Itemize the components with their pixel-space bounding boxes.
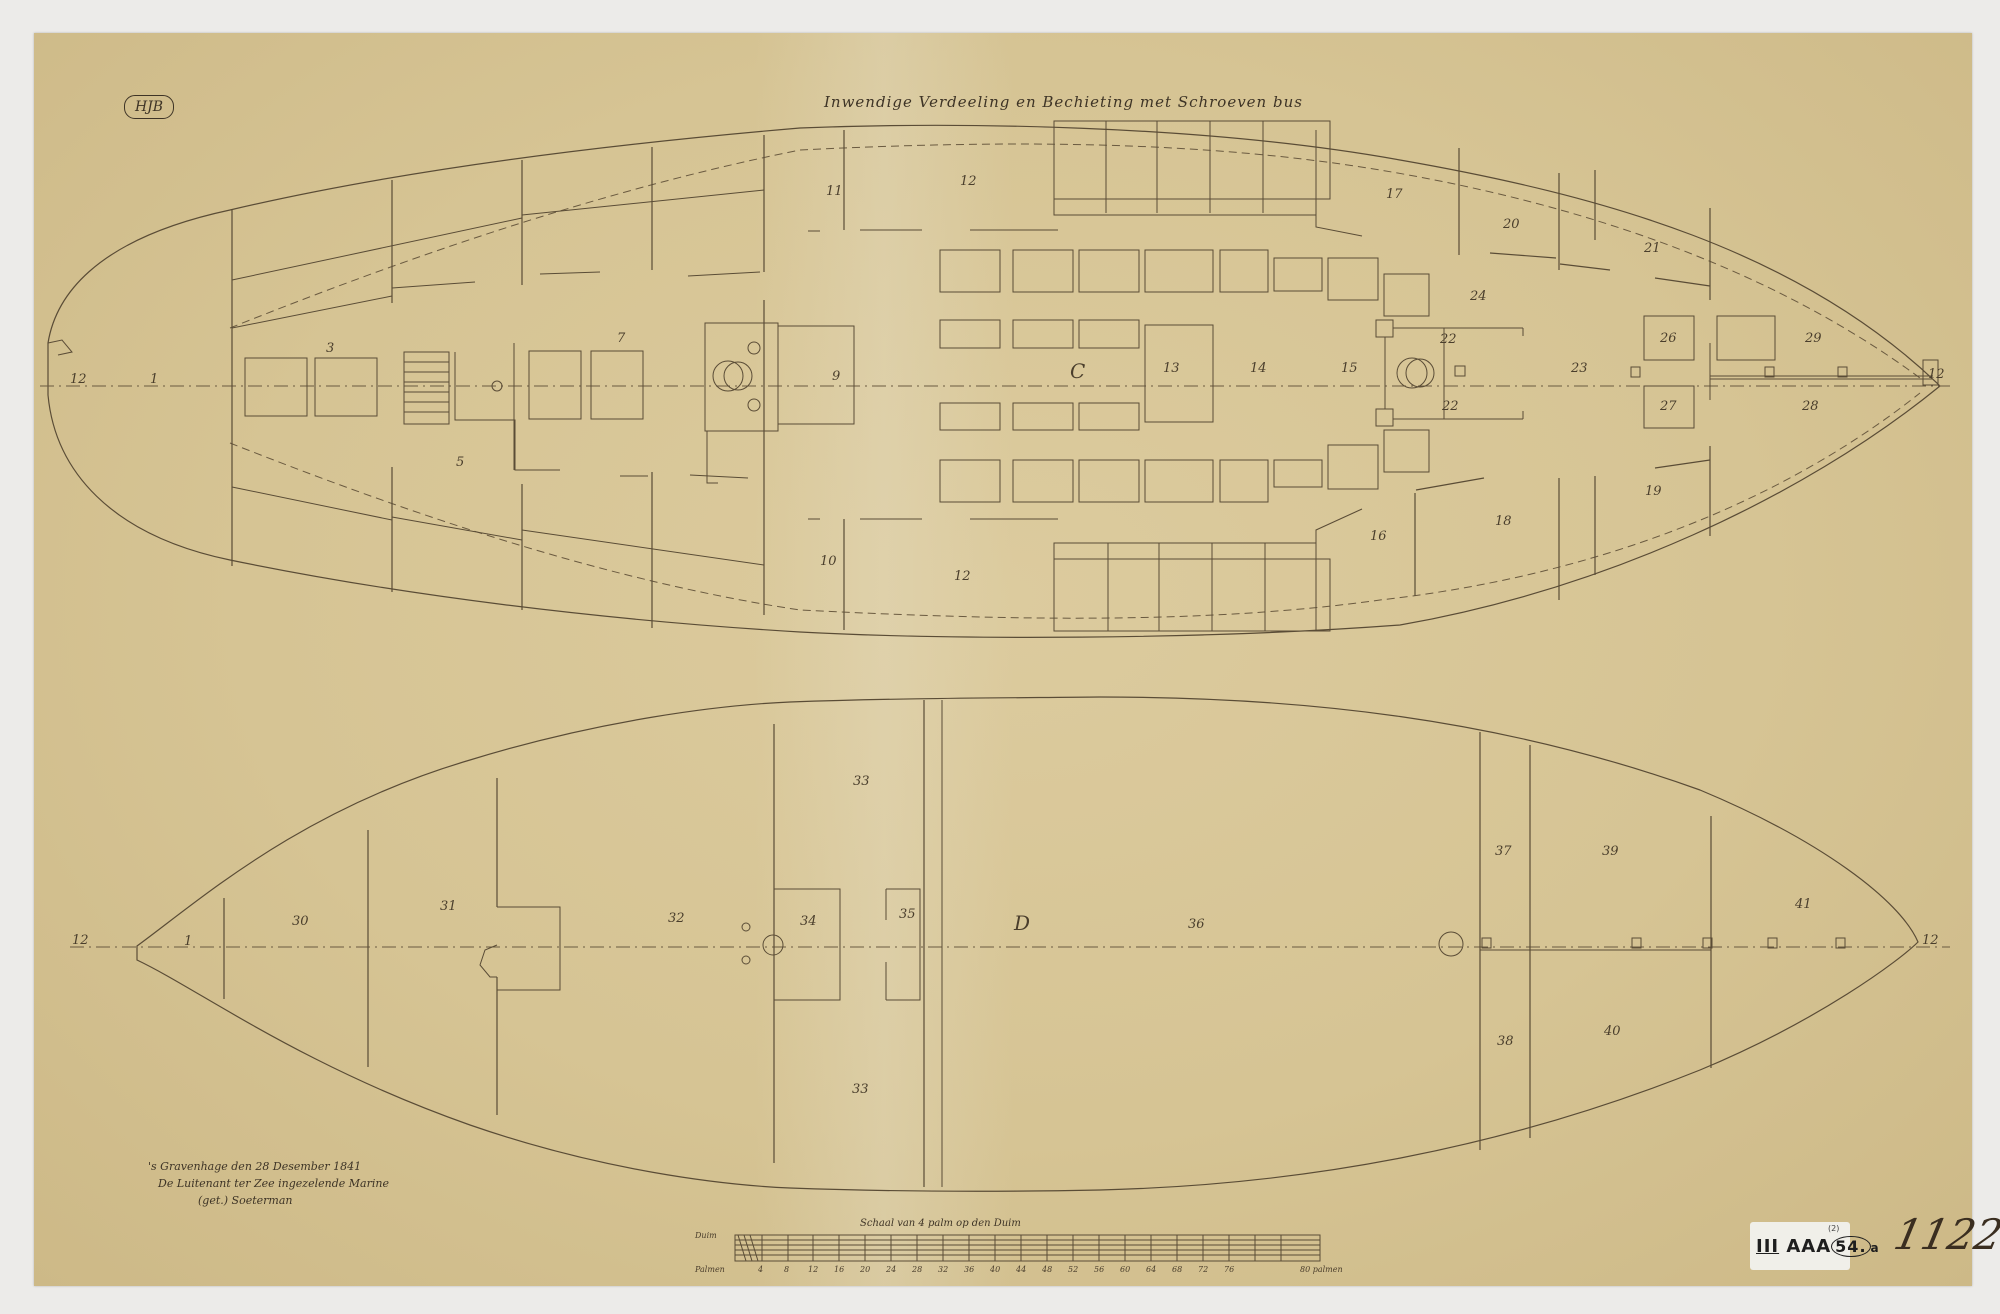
svg-text:56: 56 bbox=[1094, 1265, 1104, 1274]
svg-text:31: 31 bbox=[440, 899, 457, 914]
svg-text:Palmen: Palmen bbox=[694, 1265, 725, 1274]
svg-text:24: 24 bbox=[1469, 289, 1487, 304]
svg-text:21: 21 bbox=[1643, 241, 1661, 256]
signature-block: 's Gravenhage den 28 Desember 1841 De Lu… bbox=[148, 1158, 389, 1209]
svg-text:20: 20 bbox=[859, 1265, 870, 1274]
archive-number: 1122 bbox=[1890, 1210, 2000, 1259]
lower-hull-outline bbox=[137, 697, 1918, 1191]
svg-text:36: 36 bbox=[1188, 917, 1205, 932]
svg-text:1: 1 bbox=[184, 934, 192, 949]
svg-text:68: 68 bbox=[1172, 1265, 1182, 1274]
svg-text:29: 29 bbox=[1804, 331, 1822, 346]
deck-letter-d: D bbox=[1013, 911, 1030, 935]
svg-text:34: 34 bbox=[800, 914, 817, 929]
deck-letter-c: C bbox=[1070, 359, 1085, 383]
svg-text:38: 38 bbox=[1497, 1034, 1514, 1049]
svg-text:36: 36 bbox=[964, 1265, 974, 1274]
svg-text:22: 22 bbox=[1441, 399, 1459, 414]
svg-text:19: 19 bbox=[1645, 484, 1662, 499]
svg-text:12: 12 bbox=[72, 933, 89, 948]
centerline-mark: 12 bbox=[70, 372, 87, 387]
svg-text:60: 60 bbox=[1120, 1265, 1130, 1274]
svg-text:15: 15 bbox=[1341, 361, 1358, 376]
svg-text:28: 28 bbox=[1801, 399, 1819, 414]
catalog-series: AAA bbox=[1786, 1236, 1831, 1257]
svg-text:13: 13 bbox=[1163, 361, 1180, 376]
svg-text:16: 16 bbox=[834, 1265, 844, 1274]
svg-text:22: 22 bbox=[1439, 332, 1457, 347]
svg-text:64: 64 bbox=[1146, 1265, 1156, 1274]
svg-text:12: 12 bbox=[960, 174, 977, 189]
svg-text:12: 12 bbox=[954, 569, 971, 584]
svg-text:20: 20 bbox=[1502, 217, 1520, 232]
svg-text:41: 41 bbox=[1794, 897, 1812, 912]
svg-text:12: 12 bbox=[808, 1265, 818, 1274]
svg-text:33: 33 bbox=[853, 774, 870, 789]
svg-text:35: 35 bbox=[899, 907, 916, 922]
upper-deck-plan: 12 1 3 5 7 9 10 11 12 12 C 13 14 15 16 1… bbox=[40, 121, 1950, 637]
catalog-number: III AAA54.a bbox=[1756, 1236, 1880, 1257]
svg-text:48: 48 bbox=[1041, 1265, 1052, 1274]
svg-text:18: 18 bbox=[1495, 514, 1512, 529]
svg-text:4: 4 bbox=[757, 1265, 763, 1274]
svg-text:26: 26 bbox=[1659, 331, 1677, 346]
svg-text:23: 23 bbox=[1570, 361, 1588, 376]
svg-text:39: 39 bbox=[1602, 844, 1619, 859]
upper-compartment-labels: 12 1 3 5 7 9 10 11 12 12 C 13 14 15 16 1… bbox=[70, 174, 1945, 584]
lower-hold-plan: 12 1 30 31 32 33 33 34 35 D 36 37 38 39 … bbox=[70, 697, 1950, 1191]
svg-text:30: 30 bbox=[292, 914, 309, 929]
scale-title: Schaal van 4 palm op den Duim bbox=[860, 1218, 1021, 1229]
svg-text:44: 44 bbox=[1015, 1265, 1026, 1274]
catalog-small-note: (2) bbox=[1828, 1224, 1839, 1233]
signature-line: De Luitenant ter Zee ingezelende Marine bbox=[148, 1175, 389, 1192]
upper-hull-outline bbox=[48, 125, 1940, 637]
lower-compartment-labels: 12 1 30 31 32 33 33 34 35 D 36 37 38 39 … bbox=[72, 774, 1939, 1097]
svg-text:10: 10 bbox=[820, 554, 837, 569]
svg-text:16: 16 bbox=[1370, 529, 1387, 544]
svg-text:76: 76 bbox=[1224, 1265, 1234, 1274]
svg-text:12: 12 bbox=[1922, 933, 1939, 948]
svg-text:32: 32 bbox=[668, 911, 685, 926]
catalog-prefix: III bbox=[1756, 1236, 1779, 1257]
berth-grid bbox=[940, 250, 1429, 502]
svg-text:12: 12 bbox=[1928, 367, 1945, 382]
svg-text:Duim: Duim bbox=[694, 1231, 717, 1240]
catalog-circled-number: 54. bbox=[1831, 1236, 1870, 1257]
catalog-suffix: a bbox=[1871, 1241, 1880, 1255]
svg-text:52: 52 bbox=[1068, 1265, 1078, 1274]
svg-text:80 palmen: 80 palmen bbox=[1300, 1265, 1343, 1274]
signature-line: 's Gravenhage den 28 Desember 1841 bbox=[148, 1158, 389, 1175]
svg-text:9: 9 bbox=[832, 369, 840, 384]
scale-bar: Duim Palmen 4 8 12 16 20 24 28 32 36 40 … bbox=[694, 1231, 1343, 1274]
svg-text:28: 28 bbox=[911, 1265, 922, 1274]
svg-text:32: 32 bbox=[938, 1265, 948, 1274]
svg-text:3: 3 bbox=[326, 341, 334, 356]
signature-line: (get.) Soeterman bbox=[148, 1192, 389, 1209]
svg-text:17: 17 bbox=[1386, 187, 1403, 202]
upper-inner-dashed-bottom bbox=[230, 393, 1920, 618]
svg-text:5: 5 bbox=[456, 455, 464, 470]
svg-text:33: 33 bbox=[852, 1082, 869, 1097]
svg-text:1: 1 bbox=[150, 372, 158, 387]
svg-text:8: 8 bbox=[784, 1265, 789, 1274]
svg-text:14: 14 bbox=[1250, 361, 1267, 376]
ship-plans-drawing: 12 1 3 5 7 9 10 11 12 12 C 13 14 15 16 1… bbox=[0, 0, 2000, 1314]
svg-text:24: 24 bbox=[885, 1265, 896, 1274]
svg-text:7: 7 bbox=[617, 331, 626, 346]
svg-text:72: 72 bbox=[1198, 1265, 1208, 1274]
svg-text:27: 27 bbox=[1659, 399, 1677, 414]
svg-text:40: 40 bbox=[989, 1265, 1000, 1274]
svg-text:40: 40 bbox=[1603, 1024, 1621, 1039]
svg-text:11: 11 bbox=[826, 184, 843, 199]
svg-text:37: 37 bbox=[1495, 844, 1512, 859]
stern-notch bbox=[48, 340, 72, 355]
